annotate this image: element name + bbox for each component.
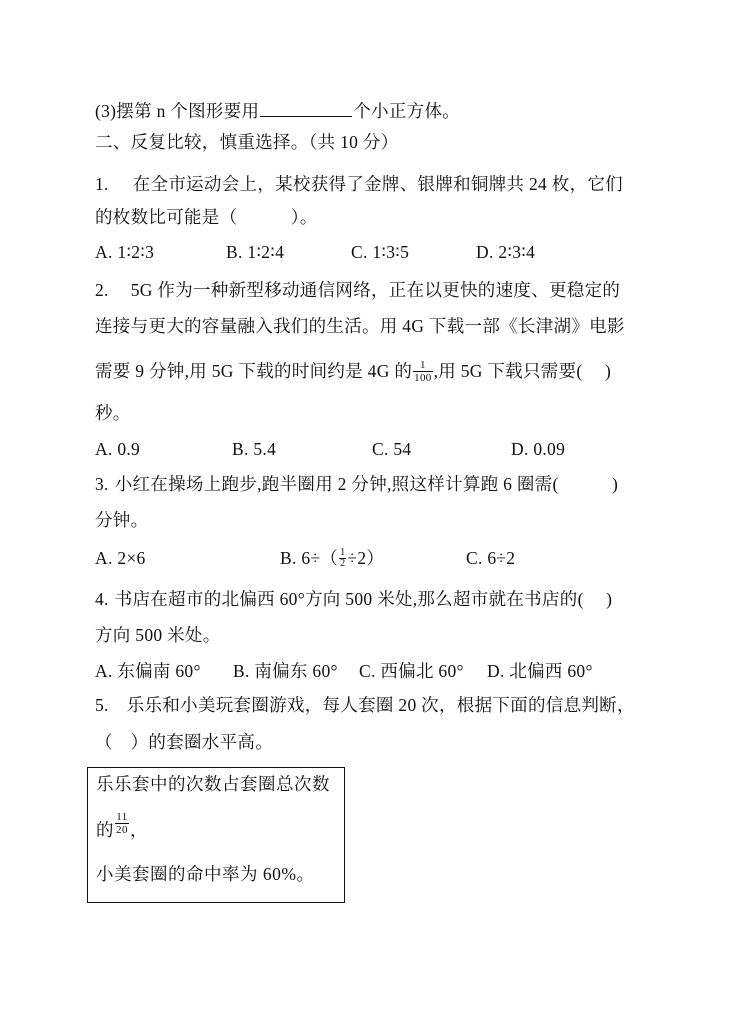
option-c[interactable]: C. 6÷2 (466, 546, 515, 570)
prev-question-line: (3)摆第 n 个图形要用个小正方体。 (95, 99, 460, 123)
option-d[interactable]: D. 北偏西 60° (487, 659, 593, 683)
question-text: 5G 作为一种新型移动通信网络，正在以更快的速度、更稳定的 (131, 280, 620, 300)
question-number: 1. (95, 174, 109, 194)
option-a[interactable]: A. 2×6 (95, 546, 280, 570)
question-5-line-2: （ ）的套圈水平高。 (95, 730, 273, 754)
question-3-line-2: 分钟。 (95, 508, 148, 532)
answer-blank[interactable] (260, 100, 352, 117)
fraction-11-20: 1120 (115, 811, 129, 836)
question-2-options: A. 0.9B. 5.4C. 54D. 0.09 (95, 437, 565, 461)
question-2-line-1: 2.5G 作为一种新型移动通信网络，正在以更快的速度、更稳定的 (95, 278, 620, 302)
question-text: 书店在超市的北偏西 60°方向 500 米处,那么超市就在书店的( ) (115, 589, 613, 609)
info-box: 乐乐套中的次数占套圈总次数 的1120， 小美套圈的命中率为 60%。 (87, 767, 345, 903)
option-d[interactable]: D. 0.09 (511, 437, 565, 461)
question-2-line-4: 秒。 (95, 401, 131, 425)
question-2-line-2: 连接与更大的容量融入我们的生活。用 4G 下载一部《长津湖》电影 (95, 314, 625, 338)
question-3-options: A. 2×6B. 6÷（12÷2）C. 6÷2 (95, 546, 515, 570)
question-3-line-1: 3.小红在操场上跑步,跑半圈用 2 分钟,照这样计算跑 6 圈需( ) (95, 472, 618, 496)
option-b[interactable]: B. 1∶2∶4 (226, 240, 351, 264)
section-title: 二、反复比较，慎重选择。（共 10 分） (95, 130, 399, 154)
info-box-line-2: 的1120， (96, 818, 148, 844)
fraction-1-2: 12 (339, 548, 346, 569)
question-1-line-1: 1.在全市运动会上，某校获得了金牌、银牌和铜牌共 24 枚，它们 (95, 172, 623, 196)
fraction-1-100: 1100 (413, 359, 432, 384)
question-text: 小红在操场上跑步,跑半圈用 2 分钟,照这样计算跑 6 圈需( ) (115, 474, 618, 494)
prev-question-prefix: (3)摆第 n 个图形要用 (95, 101, 259, 121)
question-text: 在全市运动会上，某校获得了金牌、银牌和铜牌共 24 枚，它们 (133, 174, 623, 194)
question-5-line-1: 5.乐乐和小美玩套圈游戏，每人套圈 20 次，根据下面的信息判断， (95, 693, 635, 717)
question-4-line-1: 4.书店在超市的北偏西 60°方向 500 米处,那么超市就在书店的( ) (95, 587, 612, 611)
question-1-options: A. 1∶2∶3B. 1∶2∶4C. 1∶3∶5D. 2∶3∶4 (95, 240, 535, 264)
option-b[interactable]: B. 南偏东 60° (233, 659, 359, 683)
question-4-options: A. 东偏南 60°B. 南偏东 60°C. 西偏北 60°D. 北偏西 60° (95, 659, 593, 683)
option-a[interactable]: A. 1∶2∶3 (95, 240, 226, 264)
question-text: 乐乐和小美玩套圈游戏，每人套圈 20 次，根据下面的信息判断， (127, 695, 635, 715)
option-d[interactable]: D. 2∶3∶4 (476, 240, 535, 264)
prev-question-suffix: 个小正方体。 (353, 101, 460, 121)
option-a[interactable]: A. 0.9 (95, 437, 232, 461)
question-4-line-2: 方向 500 米处。 (95, 623, 221, 647)
question-number: 3. (95, 474, 109, 494)
info-box-line-3: 小美套圈的命中率为 60%。 (96, 862, 314, 886)
question-number: 2. (95, 280, 109, 300)
option-b[interactable]: B. 6÷（12÷2） (280, 546, 466, 570)
option-c[interactable]: C. 54 (372, 437, 511, 461)
option-c[interactable]: C. 西偏北 60° (359, 659, 487, 683)
question-number: 5. (95, 695, 109, 715)
option-a[interactable]: A. 东偏南 60° (95, 659, 233, 683)
question-number: 4. (95, 589, 109, 609)
question-1-line-2: 的枚数比可能是（ ）。 (95, 205, 318, 229)
question-2-line-3: 需要 9 分钟,用 5G 下载的时间约是 4G 的1100,用 5G 下载只需要… (95, 359, 611, 385)
option-c[interactable]: C. 1∶3∶5 (351, 240, 476, 264)
info-box-line-1: 乐乐套中的次数占套圈总次数 (96, 772, 330, 796)
option-b[interactable]: B. 5.4 (232, 437, 372, 461)
